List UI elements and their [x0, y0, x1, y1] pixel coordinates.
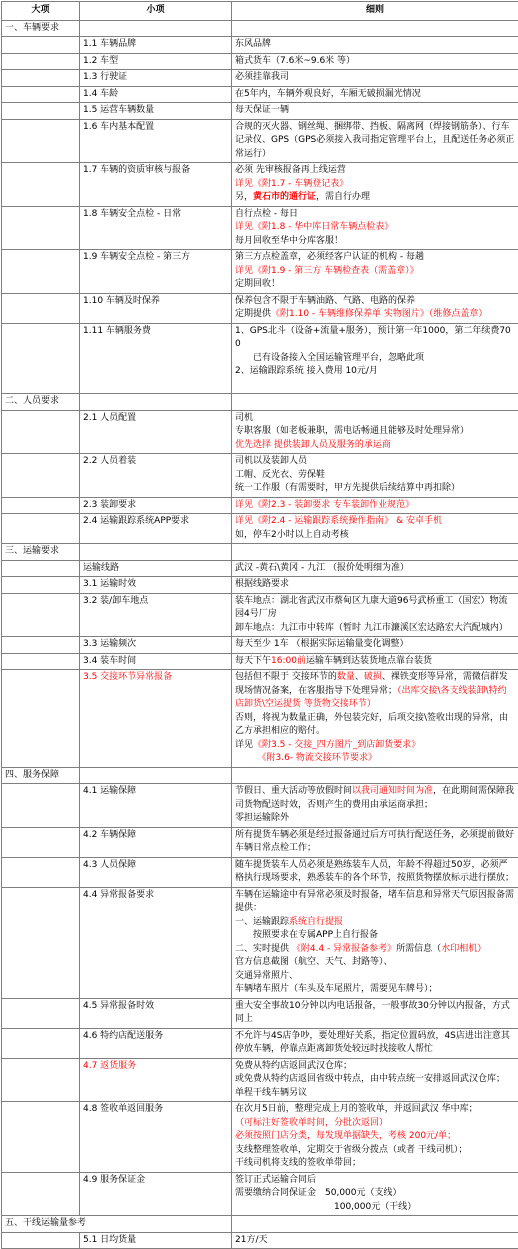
header-major: 大项	[2, 2, 80, 21]
text-segment: 详见《附2.3 - 装卸要求 专车装卸作业规范》	[235, 500, 414, 510]
text-segment: 《附3.5 - 交接_四方图片_到店卸货要求》	[253, 740, 420, 750]
detail-line: 包括但不限于 交接环节的数量、破损、裸铁变形等异常，需微信群发现场情况备案，在客…	[235, 671, 515, 712]
minor-cell: 3.2 装/卸车地点	[80, 593, 232, 637]
table-row: 三、运输要求	[2, 544, 518, 561]
table-row: 2.2 人员着装司机以及装卸人员工帽、反光衣、劳保鞋统一工作服（有需要时，甲方先…	[2, 454, 518, 498]
table-row: 3.2 装/卸车地点装车地点：湖北省武汉市蔡甸区九康大道96号武桥重工（国宏）物…	[2, 593, 518, 637]
detail-line: 重大安全事故10分钟以内电话报备，一般事故30分钟以内报备，方式同上	[235, 1000, 515, 1027]
text-segment: 包括但不限于 交接环节的	[235, 672, 337, 682]
table-row: 1.7 车辆的资质审核与报备必须 先审核报备再上线运营详见《附1.7 - 车辆登…	[2, 163, 518, 207]
detail-line: 卸车地点：九江市中转库（暂时 九江市濂溪区宏达路宏大汽配城内）	[235, 622, 515, 636]
minor-cell: 3.5 交接环节异常报备	[80, 670, 232, 768]
text-segment: 21方/天	[235, 1235, 268, 1245]
detail-cell: 必须挂靠我司	[232, 70, 518, 87]
text-segment: 以我司通知时间为准	[352, 786, 433, 796]
detail-line: 东风品牌	[235, 38, 515, 52]
detail-line: 需要缴纳合同保证金 50,000元（支线）	[235, 1187, 515, 1201]
text-segment: 详见《附2.4 - 运输跟踪系统操作指南》 & 安卓手机	[235, 516, 442, 526]
table-row: 四、服务保障	[2, 767, 518, 784]
minor-cell: 1.4 车龄	[80, 86, 232, 103]
major-cell	[2, 784, 80, 828]
table-row: 2.1 人员配置司机专职客服（如老板兼职，需电话畅通且能够及时处理异常）优先选择…	[2, 410, 518, 454]
major-cell	[2, 206, 80, 250]
text-segment	[235, 753, 262, 763]
detail-cell: 详见《附2.4 - 运输跟踪系统操作指南》 & 安卓手机如，停车2小时以上自动考…	[232, 514, 518, 544]
detail-line: 详见《附1.8 - 华中库日常车辆点检表》	[235, 221, 515, 235]
detail-line: 车辆堵车照片（车头及车尾照片，需要见车牌号）；	[235, 983, 515, 997]
minor-cell: 1.10 车辆及时保养	[80, 293, 232, 323]
minor-cell: 4.8 签收单返回服务	[80, 1102, 232, 1173]
major-cell: 四、服务保障	[2, 767, 80, 784]
text-segment: 100,000元（干线）	[235, 1202, 416, 1212]
detail-line: 详见《附2.3 - 装卸要求 专车装卸作业规范》	[235, 499, 515, 513]
detail-line: 签订正式运输合同后	[235, 1174, 515, 1188]
major-cell	[2, 577, 80, 594]
text-segment: 在5年内，车辆外观良好，车厢无破损漏光情况	[235, 89, 421, 99]
detail-line: 根据线路要求	[235, 578, 515, 592]
detail-line: 保养包含不限于车辆油路、气路、电路的保养	[235, 295, 515, 309]
text-segment: 自行点检 - 每日	[235, 209, 298, 219]
detail-cell	[232, 767, 518, 784]
requirements-table: 大项 小项 细则 一、车辆要求1.1 车辆品牌东风品牌1.2 车型箱式货车（7.…	[1, 1, 518, 1249]
minor-cell: 1.9 车辆安全点检 - 第三方	[80, 250, 232, 294]
table-row: 4.5 异常报备时效重大安全事故10分钟以内电话报备，一般事故30分钟以内报备，…	[2, 998, 518, 1028]
detail-line: 装车地点：湖北省武汉市蔡甸区九康大道96号武桥重工（国宏）物流园4号厂房	[235, 595, 515, 622]
text-segment: 二、实时提供	[235, 944, 292, 954]
detail-line: （可标注好签收单时间，分批次返回）	[235, 1117, 515, 1131]
detail-line: 在次月5日前，整理完成上月的签收单，并返回武汉 华中库；	[235, 1103, 515, 1117]
major-cell	[2, 70, 80, 87]
text-segment: 一、运输跟踪	[235, 917, 289, 927]
detail-cell: 所有提货车辆必须是经过报备通过后方可执行配送任务，必须提前做好车辆日常点检工作；	[232, 827, 518, 857]
header-minor: 小项	[80, 2, 232, 21]
table-row: 4.8 签收单返回服务在次月5日前，整理完成上月的签收单，并返回武汉 华中库；（…	[2, 1102, 518, 1173]
text-segment: 详见《附1.9 - 第三方 车辆检查表（需盖章）》	[235, 266, 419, 276]
detail-cell: 在5年内，车辆外观良好，车厢无破损漏光情况	[232, 86, 518, 103]
detail-line: 定期回收！	[235, 278, 515, 292]
detail-line: 自行点检 - 每日	[235, 208, 515, 222]
detail-cell: 装车地点：湖北省武汉市蔡甸区九康大道96号武桥重工（国宏）物流园4号厂房卸车地点…	[232, 593, 518, 637]
detail-cell: 随车提货装车人员必须是熟练装车人员，年龄不得超过50岁，必须严格执行现场要求，熟…	[232, 857, 518, 887]
detail-cell: 每天下午16:00前运输车辆到达装货地点靠台装货	[232, 653, 518, 670]
table-row: 1.9 车辆安全点检 - 第三方第三方点检盖章，必须经客户认证的机构 - 每趟详…	[2, 250, 518, 294]
minor-cell	[80, 20, 232, 37]
text-segment: 《附3.6- 物流交接环节要求》	[262, 753, 377, 763]
detail-cell: 箱式货车（7.6米~9.6米 等）	[232, 53, 518, 70]
major-cell	[2, 827, 80, 857]
text-segment: 根据线路要求	[235, 579, 289, 589]
minor-cell: 2.3 装卸要求	[80, 497, 232, 514]
table-row: 4.1 运输保障节假日、重大活动等放假时间以我司通知时间为准，在此期间需保障我司…	[2, 784, 518, 828]
table-row: 1.3 行驶证必须挂靠我司	[2, 70, 518, 87]
detail-line: 交通异常照片、	[235, 970, 515, 984]
minor-cell	[80, 767, 232, 784]
detail-cell: 包括但不限于 交接环节的数量、破损、裸铁变形等异常，需微信群发现场情况备案，在客…	[232, 670, 518, 768]
detail-cell: 签订正式运输合同后需要缴纳合同保证金 50,000元（支线） 100,000元（…	[232, 1172, 518, 1216]
text-segment: 专职客服（如老板兼职，需电话畅通且能够及时处理异常）	[235, 426, 469, 436]
detail-line: 必须 先审核报备再上线运营	[235, 164, 515, 178]
detail-line	[235, 379, 515, 393]
detail-line: 统一工作服（有需要时，甲方先提供后续结算中再扣除）	[235, 482, 515, 496]
table-row: 4.6 特约店配送服务不允许与4S店争吵，要处理好关系，指定位置码放，4S店进出…	[2, 1028, 518, 1058]
detail-line: 所有提货车辆必须是经过报备通过后方可执行配送任务，必须提前做好车辆日常点检工作；	[235, 829, 515, 856]
minor-cell: 3.1 运输时效	[80, 577, 232, 594]
detail-cell: 司机专职客服（如老板兼职，需电话畅通且能够及时处理异常）优先选择 提供装卸人员及…	[232, 410, 518, 454]
major-cell	[2, 293, 80, 323]
table-row: 4.7 返货服务免费从特约店返回武汉仓库；或免费从特约店返回省级中转点，由中转点…	[2, 1058, 518, 1102]
text-segment: 箱式货车（7.6米~9.6米 等）	[235, 56, 355, 66]
detail-line: 优先选择 提供装卸人员及服务的承运商	[235, 439, 515, 453]
text-segment: 水印相机）	[441, 944, 486, 954]
detail-line: 专职客服（如老板兼职，需电话畅通且能够及时处理异常）	[235, 425, 515, 439]
text-segment: 单程干线车辆另议	[235, 1088, 307, 1098]
text-segment: 工帽、反光衣、劳保鞋	[235, 470, 325, 480]
major-cell	[2, 653, 80, 670]
major-cell	[2, 410, 80, 454]
minor-cell: 5.1 日均货量	[80, 1232, 232, 1249]
minor-cell: 2.1 人员配置	[80, 410, 232, 454]
table-row: 3.4 装车时间每天下午16:00前运输车辆到达装货地点靠台装货	[2, 653, 518, 670]
detail-cell	[232, 20, 518, 37]
major-cell	[2, 1232, 80, 1249]
detail-cell: 车辆在运输途中有异常必须及时报备，堵车信息和异常天气原因报备需提供：一、运输跟踪…	[232, 887, 518, 998]
detail-cell: 21方/天	[232, 1232, 518, 1249]
minor-cell: 1.7 车辆的资质审核与报备	[80, 163, 232, 207]
major-cell	[2, 1172, 80, 1216]
detail-line: 在5年内，车辆外观良好，车厢无破损漏光情况	[235, 88, 515, 102]
major-cell	[2, 1102, 80, 1173]
major-cell	[2, 857, 80, 887]
detail-line: 详见《附1.7 - 车辆登记表》	[235, 178, 515, 192]
detail-line: 1、GPS北斗（设备+流量+服务），预计第一年1000，第二年续费700	[235, 325, 515, 352]
detail-line: 21方/天	[235, 1234, 515, 1248]
detail-line: 随车提货装车人员必须是熟练装车人员，年龄不得超过50岁，必须严格执行现场要求，熟…	[235, 859, 515, 886]
table-row: 4.3 人员保障随车提货装车人员必须是熟练装车人员，年龄不得超过50岁，必须严格…	[2, 857, 518, 887]
detail-line: 官方信息截图（航空、天气、封路等）、	[235, 956, 515, 970]
detail-line: 每天至少 1车 （根据实际运输量变化调整）	[235, 638, 515, 652]
major-cell	[2, 1028, 80, 1058]
major-cell	[2, 1058, 80, 1102]
text-segment: 16:00前	[271, 656, 306, 666]
text-segment: 需要缴纳合同保证金 50,000元（支线）	[235, 1188, 402, 1198]
detail-cell	[232, 394, 518, 411]
major-cell	[2, 250, 80, 294]
text-segment: 已有设备接入全国运输管理平台，忽略此项	[235, 353, 424, 363]
major-cell	[2, 637, 80, 654]
detail-line: 司机以及装卸人员	[235, 455, 515, 469]
table-row: 2.3 装卸要求详见《附2.3 - 装卸要求 专车装卸作业规范》	[2, 497, 518, 514]
major-cell	[2, 670, 80, 768]
table-row: 1.11 车辆服务费1、GPS北斗（设备+流量+服务），预计第一年1000，第二…	[2, 323, 518, 394]
detail-cell: 详见《附2.3 - 装卸要求 专车装卸作业规范》	[232, 497, 518, 514]
detail-cell: 自行点检 - 每日详见《附1.8 - 华中库日常车辆点检表》每月回收至华中分库客…	[232, 206, 518, 250]
table-body: 一、车辆要求1.1 车辆品牌东风品牌1.2 车型箱式货车（7.6米~9.6米 等…	[2, 20, 518, 1249]
text-segment: 定期回收！	[235, 279, 280, 289]
text-segment: ，需自行办理	[316, 192, 370, 202]
table-row: 4.2 车辆保障所有提货车辆必须是经过报备通过后方可执行配送任务，必须提前做好车…	[2, 827, 518, 857]
table-row: 五、干线运输量参考	[2, 1216, 518, 1233]
detail-cell: 东风品牌	[232, 37, 518, 54]
major-cell	[2, 163, 80, 207]
text-segment: 必须按照门店分类，每发现单据缺失，考核 200元/单；	[235, 1131, 456, 1141]
major-cell: 三、运输要求	[2, 544, 80, 561]
text-segment: 否则，将视为数量正确，外包装完好，后项交接\签收出现的异常，由乙方承担相应的赔付…	[235, 713, 508, 737]
text-segment: 必须 先审核报备再上线运营	[235, 165, 346, 175]
text-segment: （可标注好签收单时间，分批次返回）	[235, 1118, 388, 1128]
table-row: 1.2 车型箱式货车（7.6米~9.6米 等）	[2, 53, 518, 70]
detail-line: 免费从特约店返回武汉仓库；	[235, 1060, 515, 1074]
detail-line: 车辆在运输途中有异常必须及时报备，堵车信息和异常天气原因报备需提供：	[235, 889, 515, 916]
major-cell: 五、干线运输量参考	[2, 1216, 232, 1233]
text-segment: 所需信息（	[396, 944, 441, 954]
detail-line: 零担运输除外	[235, 812, 515, 826]
detail-line: 或免费从特约店返回省级中转点，由中转点统一安排返回武汉仓库；	[235, 1073, 515, 1087]
detail-cell: 1、GPS北斗（设备+流量+服务），预计第一年1000，第二年续费700 已有设…	[232, 323, 518, 394]
major-cell	[2, 53, 80, 70]
minor-cell: 1.8 车辆安全点检 - 日常	[80, 206, 232, 250]
detail-cell: 根据线路要求	[232, 577, 518, 594]
table-row: 3.5 交接环节异常报备包括但不限于 交接环节的数量、破损、裸铁变形等异常，需微…	[2, 670, 518, 768]
text-segment: 必须挂靠我司	[235, 72, 289, 82]
text-segment: 按照要求在专属APP上自行报备	[235, 930, 378, 940]
major-cell	[2, 37, 80, 54]
detail-line: 单程干线车辆另议	[235, 1087, 515, 1101]
major-cell	[2, 454, 80, 498]
major-cell: 二、人员要求	[2, 394, 80, 411]
detail-cell: 在次月5日前，整理完成上月的签收单，并返回武汉 华中库；（可标注好签收单时间，分…	[232, 1102, 518, 1173]
detail-line: 司机	[235, 412, 515, 426]
detail-line: 否则，将视为数量正确，外包装完好，后项交接\签收出现的异常，由乙方承担相应的赔付…	[235, 712, 515, 739]
table-row: 3.1 运输时效根据线路要求	[2, 577, 518, 594]
detail-cell: 必须 先审核报备再上线运营详见《附1.7 - 车辆登记表》另，黄石市的通行证，需…	[232, 163, 518, 207]
detail-line: 每月回收至华中分库客服！	[235, 235, 515, 249]
text-segment: 卸车地点：九江市中转库（暂时 九江市濂溪区宏达路宏大汽配城内）	[235, 623, 508, 633]
detail-cell: 重大安全事故10分钟以内电话报备，一般事故30分钟以内报备，方式同上	[232, 998, 518, 1028]
text-segment: 交通异常照片、	[235, 971, 298, 981]
minor-cell: 1.1 车辆品牌	[80, 37, 232, 54]
minor-cell: 4.9 服务保证金	[80, 1172, 232, 1216]
text-segment: 如，停车2小时以上自动考核	[235, 530, 349, 540]
detail-line: 详见《附1.9 - 第三方 车辆检查表（需盖章）》	[235, 265, 515, 279]
table-row: 1.10 车辆及时保养保养包含不限于车辆油路、气路、电路的保养定期提供《附1.1…	[2, 293, 518, 323]
text-segment: 司机以及装卸人员	[235, 456, 307, 466]
major-cell	[2, 323, 80, 394]
minor-cell: 2.4 运输跟踪系统APP要求	[80, 514, 232, 544]
text-segment: 随车提货装车人员必须是熟练装车人员，年龄不得超过50岁，必须严格执行现场要求，熟…	[235, 860, 514, 884]
text-segment: 破损	[364, 672, 382, 682]
detail-line: 必须按照门店分类，每发现单据缺失，考核 200元/单；	[235, 1130, 515, 1144]
detail-line: 必须挂靠我司	[235, 71, 515, 85]
detail-cell	[232, 1216, 518, 1233]
text-segment: 详见《附1.7 - 车辆登记表》	[235, 179, 348, 189]
text-segment: 干线司机将支线的签收单带回；	[235, 1158, 361, 1168]
text-segment: 定期提供	[235, 309, 271, 319]
text-segment: 或免费从特约店返回省级中转点，由中转点统一安排返回武汉仓库；	[235, 1074, 505, 1084]
text-segment: 系统自行提报	[289, 917, 343, 927]
text-segment: 节假日、重大活动等放假时间	[235, 786, 352, 796]
table-row: 一、车辆要求	[2, 20, 518, 37]
table-row: 1.6 车内基本配置合规的灭火器、钢丝绳、捆绑带、挡板、隔离网（焊接钢筋条）、行…	[2, 119, 518, 163]
detail-line: 每天下午16:00前运输车辆到达装货地点靠台装货	[235, 655, 515, 669]
text-segment: 《附4.4 - 异常报备参考》	[292, 944, 396, 954]
text-segment: 车辆在运输途中有异常必须及时报备，堵车信息和异常天气原因报备需提供：	[235, 890, 514, 914]
table-row: 1.1 车辆品牌东风品牌	[2, 37, 518, 54]
detail-cell: 节假日、重大活动等放假时间以我司通知时间为准，在此期间需保障我司货物配送时效，否…	[232, 784, 518, 828]
table-row: 4.9 服务保证金签订正式运输合同后需要缴纳合同保证金 50,000元（支线） …	[2, 1172, 518, 1216]
text-segment: 所有提货车辆必须是经过报备通过后方可执行配送任务，必须提前做好车辆日常点检工作；	[235, 830, 514, 854]
minor-cell: 4.5 异常报备时效	[80, 998, 232, 1028]
table-row: 5.1 日均货量21方/天	[2, 1232, 518, 1249]
text-segment: 2、运输跟踪系统 接入费用 10元/月	[235, 366, 378, 376]
detail-line: 节假日、重大活动等放假时间以我司通知时间为准，在此期间需保障我司货物配送时效，否…	[235, 785, 515, 812]
minor-cell: 4.7 返货服务	[80, 1058, 232, 1102]
text-segment: 签订正式运输合同后	[235, 1175, 316, 1185]
detail-line: 100,000元（干线）	[235, 1201, 515, 1215]
detail-line: 另，黄石市的通行证，需自行办理	[235, 191, 515, 205]
text-segment: 运输车辆到达装货地点靠台装货	[306, 656, 432, 666]
text-segment: 、	[355, 672, 364, 682]
detail-line: 不允许与4S店争吵，要处理好关系，指定位置码放，4S店进出注意其停放车辆，停靠点…	[235, 1030, 515, 1057]
text-segment: 详见《附1.8 - 华中库日常车辆点检表》	[235, 222, 393, 232]
table-row: 二、人员要求	[2, 394, 518, 411]
text-segment: 1、GPS北斗（设备+流量+服务），预计第一年1000，第二年续费700	[235, 326, 511, 350]
major-cell	[2, 887, 80, 998]
detail-cell: 保养包含不限于车辆油路、气路、电路的保养定期提供《附1.10 - 车辆维修保养单…	[232, 293, 518, 323]
detail-cell: 每天保证一辆	[232, 103, 518, 120]
major-cell	[2, 86, 80, 103]
detail-line: 每天保证一辆	[235, 104, 515, 118]
detail-line: 合规的灭火器、钢丝绳、捆绑带、挡板、隔离网（焊接钢筋条）、行车记录仪、GPS（G…	[235, 121, 515, 162]
text-segment: 保养包含不限于车辆油路、气路、电路的保养	[235, 296, 415, 306]
detail-cell: 司机以及装卸人员工帽、反光衣、劳保鞋统一工作服（有需要时，甲方先提供后续结算中再…	[232, 454, 518, 498]
table-row: 3.3 运输频次每天至少 1车 （根据实际运输量变化调整）	[2, 637, 518, 654]
minor-cell: 4.2 车辆保障	[80, 827, 232, 857]
header-row: 大项 小项 细则	[2, 2, 518, 21]
text-segment: 《附1.10 - 车辆维修保养单 实物图片》（维修点盖章）	[271, 309, 487, 319]
table-row: 1.8 车辆安全点检 - 日常自行点检 - 每日详见《附1.8 - 华中库日常车…	[2, 206, 518, 250]
minor-cell: 运输线路	[80, 560, 232, 577]
detail-line: 详见《附3.5 - 交接_四方图片_到店卸货要求》	[235, 739, 515, 753]
minor-cell: 3.3 运输频次	[80, 637, 232, 654]
major-cell	[2, 593, 80, 637]
text-segment: 装车地点：湖北省武汉市蔡甸区九康大道96号武桥重工（国宏）物流园4号厂房	[235, 596, 507, 620]
major-cell	[2, 514, 80, 544]
text-segment: 在次月5日前，整理完成上月的签收单，并返回武汉 华中库；	[235, 1104, 478, 1114]
text-segment: 统一工作服（有需要时，甲方先提供后续结算中再扣除）	[235, 483, 460, 493]
minor-cell: 1.2 车型	[80, 53, 232, 70]
table-row: 1.5 运营车辆数量每天保证一辆	[2, 103, 518, 120]
text-segment: 司机	[235, 413, 253, 423]
text-segment: 每月回收至华中分库客服！	[235, 236, 343, 246]
table-row: 运输线路武汉 -黄石\黄冈 - 九江 （报价处明细为准）	[2, 560, 518, 577]
text-segment: 零担运输除外	[235, 813, 289, 823]
minor-cell	[80, 544, 232, 561]
detail-line: 第三方点检盖章，必须经客户认证的机构 - 每趟	[235, 251, 515, 265]
text-segment: 东风品牌	[235, 39, 271, 49]
minor-cell: 1.11 车辆服务费	[80, 323, 232, 394]
detail-line: 武汉 -黄石\黄冈 - 九江 （报价处明细为准）	[235, 562, 515, 576]
header-detail: 细则	[232, 2, 518, 21]
text-segment: 第三方点检盖章，必须经客户认证的机构 - 每趟	[235, 252, 424, 262]
detail-cell: 免费从特约店返回武汉仓库；或免费从特约店返回省级中转点，由中转点统一安排返回武汉…	[232, 1058, 518, 1102]
detail-cell: 合规的灭火器、钢丝绳、捆绑带、挡板、隔离网（焊接钢筋条）、行车记录仪、GPS（G…	[232, 119, 518, 163]
text-segment: 每天下午	[235, 656, 271, 666]
detail-cell: 不允许与4S店争吵，要处理好关系，指定位置码放，4S店进出注意其停放车辆，停靠点…	[232, 1028, 518, 1058]
detail-cell: 武汉 -黄石\黄冈 - 九江 （报价处明细为准）	[232, 560, 518, 577]
minor-cell: 4.3 人员保障	[80, 857, 232, 887]
detail-line: 二、实时提供 《附4.4 - 异常报备参考》所需信息（水印相机）	[235, 943, 515, 957]
detail-cell: 每天至少 1车 （根据实际运输量变化调整）	[232, 637, 518, 654]
text-segment: 武汉 -黄石\黄冈 - 九江 （报价处明细为准）	[235, 563, 409, 573]
text-segment: 车辆堵车照片（车头及车尾照片，需要见车牌号）；	[235, 984, 438, 994]
text-segment: 黄石市的通行证	[253, 192, 316, 202]
text-segment: 重大安全事故10分钟以内电话报备，一般事故30分钟以内报备，方式同上	[235, 1001, 510, 1025]
text-segment: 官方信息截图（航空、天气、封路等）、	[235, 957, 393, 967]
text-segment: 优先选择 提供装卸人员及服务的承运商	[235, 440, 391, 450]
text-segment: 免费从特约店返回武汉仓库；	[235, 1061, 352, 1071]
major-cell	[2, 119, 80, 163]
detail-line: 一、运输跟踪系统自行提报	[235, 916, 515, 930]
text-segment: 数量	[337, 672, 355, 682]
text-segment: 每天至少 1车 （根据实际运输量变化调整）	[235, 639, 408, 649]
major-cell	[2, 998, 80, 1028]
detail-line: 箱式货车（7.6米~9.6米 等）	[235, 55, 515, 69]
detail-line: 工帽、反光衣、劳保鞋	[235, 469, 515, 483]
text-segment: 每天保证一辆	[235, 105, 289, 115]
detail-line: 按照要求在专属APP上自行报备	[235, 929, 515, 943]
minor-cell: 1.3 行驶证	[80, 70, 232, 87]
detail-line: 支线整理签收单，定期交于省级分拨点（或者 干线司机）；	[235, 1144, 515, 1158]
minor-cell: 4.4 异常报备要求	[80, 887, 232, 998]
major-cell: 一、车辆要求	[2, 20, 80, 37]
major-cell	[2, 103, 80, 120]
minor-cell: 4.6 特约店配送服务	[80, 1028, 232, 1058]
detail-line: 2、运输跟踪系统 接入费用 10元/月	[235, 365, 515, 379]
minor-cell	[80, 394, 232, 411]
minor-cell: 4.1 运输保障	[80, 784, 232, 828]
major-cell	[2, 560, 80, 577]
detail-line: 干线司机将支线的签收单带回；	[235, 1157, 515, 1171]
minor-cell: 2.2 人员着装	[80, 454, 232, 498]
table-row: 2.4 运输跟踪系统APP要求详见《附2.4 - 运输跟踪系统操作指南》 & 安…	[2, 514, 518, 544]
detail-line: 已有设备接入全国运输管理平台，忽略此项	[235, 352, 515, 366]
table-row: 1.4 车龄在5年内，车辆外观良好，车厢无破损漏光情况	[2, 86, 518, 103]
detail-cell: 第三方点检盖章，必须经客户认证的机构 - 每趟详见《附1.9 - 第三方 车辆检…	[232, 250, 518, 294]
minor-cell: 3.4 装车时间	[80, 653, 232, 670]
minor-cell: 1.5 运营车辆数量	[80, 103, 232, 120]
text-segment: 另，	[235, 192, 253, 202]
minor-cell: 1.6 车内基本配置	[80, 119, 232, 163]
text-segment: 合规的灭火器、钢丝绳、捆绑带、挡板、隔离网（焊接钢筋条）、行车记录仪、GPS（G…	[235, 122, 514, 159]
text-segment: 支线整理签收单，定期交于省级分拨点（或者 干线司机）；	[235, 1145, 467, 1155]
detail-line: 《附3.6- 物流交接环节要求》	[235, 752, 515, 766]
detail-line: 定期提供《附1.10 - 车辆维修保养单 实物图片》（维修点盖章）	[235, 308, 515, 322]
major-cell	[2, 497, 80, 514]
detail-line: 如，停车2小时以上自动考核	[235, 529, 515, 543]
text-segment: 详见	[235, 740, 253, 750]
text-segment: 不允许与4S店争吵，要处理好关系，指定位置码放，4S店进出注意其停放车辆，停靠点…	[235, 1031, 510, 1055]
detail-line: 详见《附2.4 - 运输跟踪系统操作指南》 & 安卓手机	[235, 515, 515, 529]
detail-cell	[232, 544, 518, 561]
